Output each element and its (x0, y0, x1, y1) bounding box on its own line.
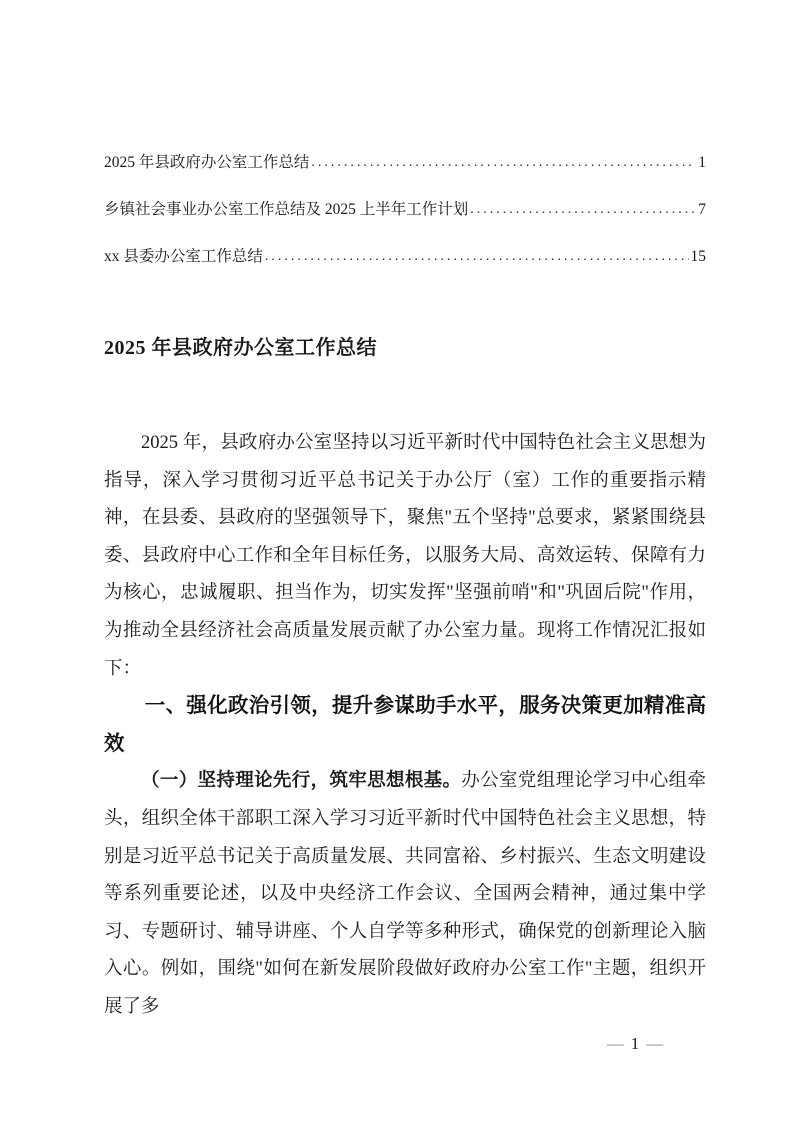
paragraph-text: 2025 年，县政府办公室坚持以习近平新时代中国特色社会主义思想为指导，深入学习… (104, 433, 706, 679)
toc-item-title: xx 县委办公室工作总结 (104, 247, 263, 266)
toc-page-number: 1 (698, 153, 706, 172)
section-heading: 一、强化政治引领，提升参谋助手水平，服务决策更加精准高效 (104, 688, 706, 763)
footer-page-number: 1 (624, 1034, 647, 1053)
toc-item[interactable]: 乡镇社会事业办公室工作总结及 2025 上半年工作计划.............… (104, 200, 706, 219)
toc-item[interactable]: xx 县委办公室工作总结............................… (104, 247, 706, 266)
footer-left-dash: — (607, 1034, 624, 1053)
toc-leader-dots: ........................................… (265, 247, 689, 266)
paragraph-text: 一、强化政治引领，提升参谋助手水平，服务决策更加精准高效 (104, 695, 706, 755)
document-body: 2025 年，县政府办公室坚持以习近平新时代中国特色社会主义思想为指导，深入学习… (104, 425, 706, 1027)
table-of-contents: 2025 年县政府办公室工作总结........................… (104, 153, 706, 294)
paragraph-text: 办公室党组理论学习中心组牵头，组织全体干部职工深入学习习近平新时代中国特色社会主… (104, 771, 706, 1017)
paragraph-lead: （一）坚持理论先行，筑牢思想根基。 (141, 771, 461, 791)
toc-leader-dots: ........................................… (470, 200, 696, 219)
toc-page-number: 15 (691, 247, 707, 266)
page-number-footer: —1— (595, 1034, 675, 1054)
toc-leader-dots: ........................................… (311, 153, 696, 172)
toc-item-title: 乡镇社会事业办公室工作总结及 2025 上半年工作计划 (104, 200, 468, 219)
document-page: 2025 年县政府办公室工作总结........................… (0, 0, 793, 1122)
document-title: 2025 年县政府办公室工作总结 (104, 331, 706, 360)
toc-item-title: 2025 年县政府办公室工作总结 (104, 153, 309, 172)
body-paragraph: （一）坚持理论先行，筑牢思想根基。办公室党组理论学习中心组牵头，组织全体干部职工… (104, 763, 706, 1026)
body-paragraph: 2025 年，县政府办公室坚持以习近平新时代中国特色社会主义思想为指导，深入学习… (104, 425, 706, 688)
toc-item[interactable]: 2025 年县政府办公室工作总结........................… (104, 153, 706, 172)
toc-page-number: 7 (698, 200, 706, 219)
footer-right-dash: — (646, 1034, 663, 1053)
